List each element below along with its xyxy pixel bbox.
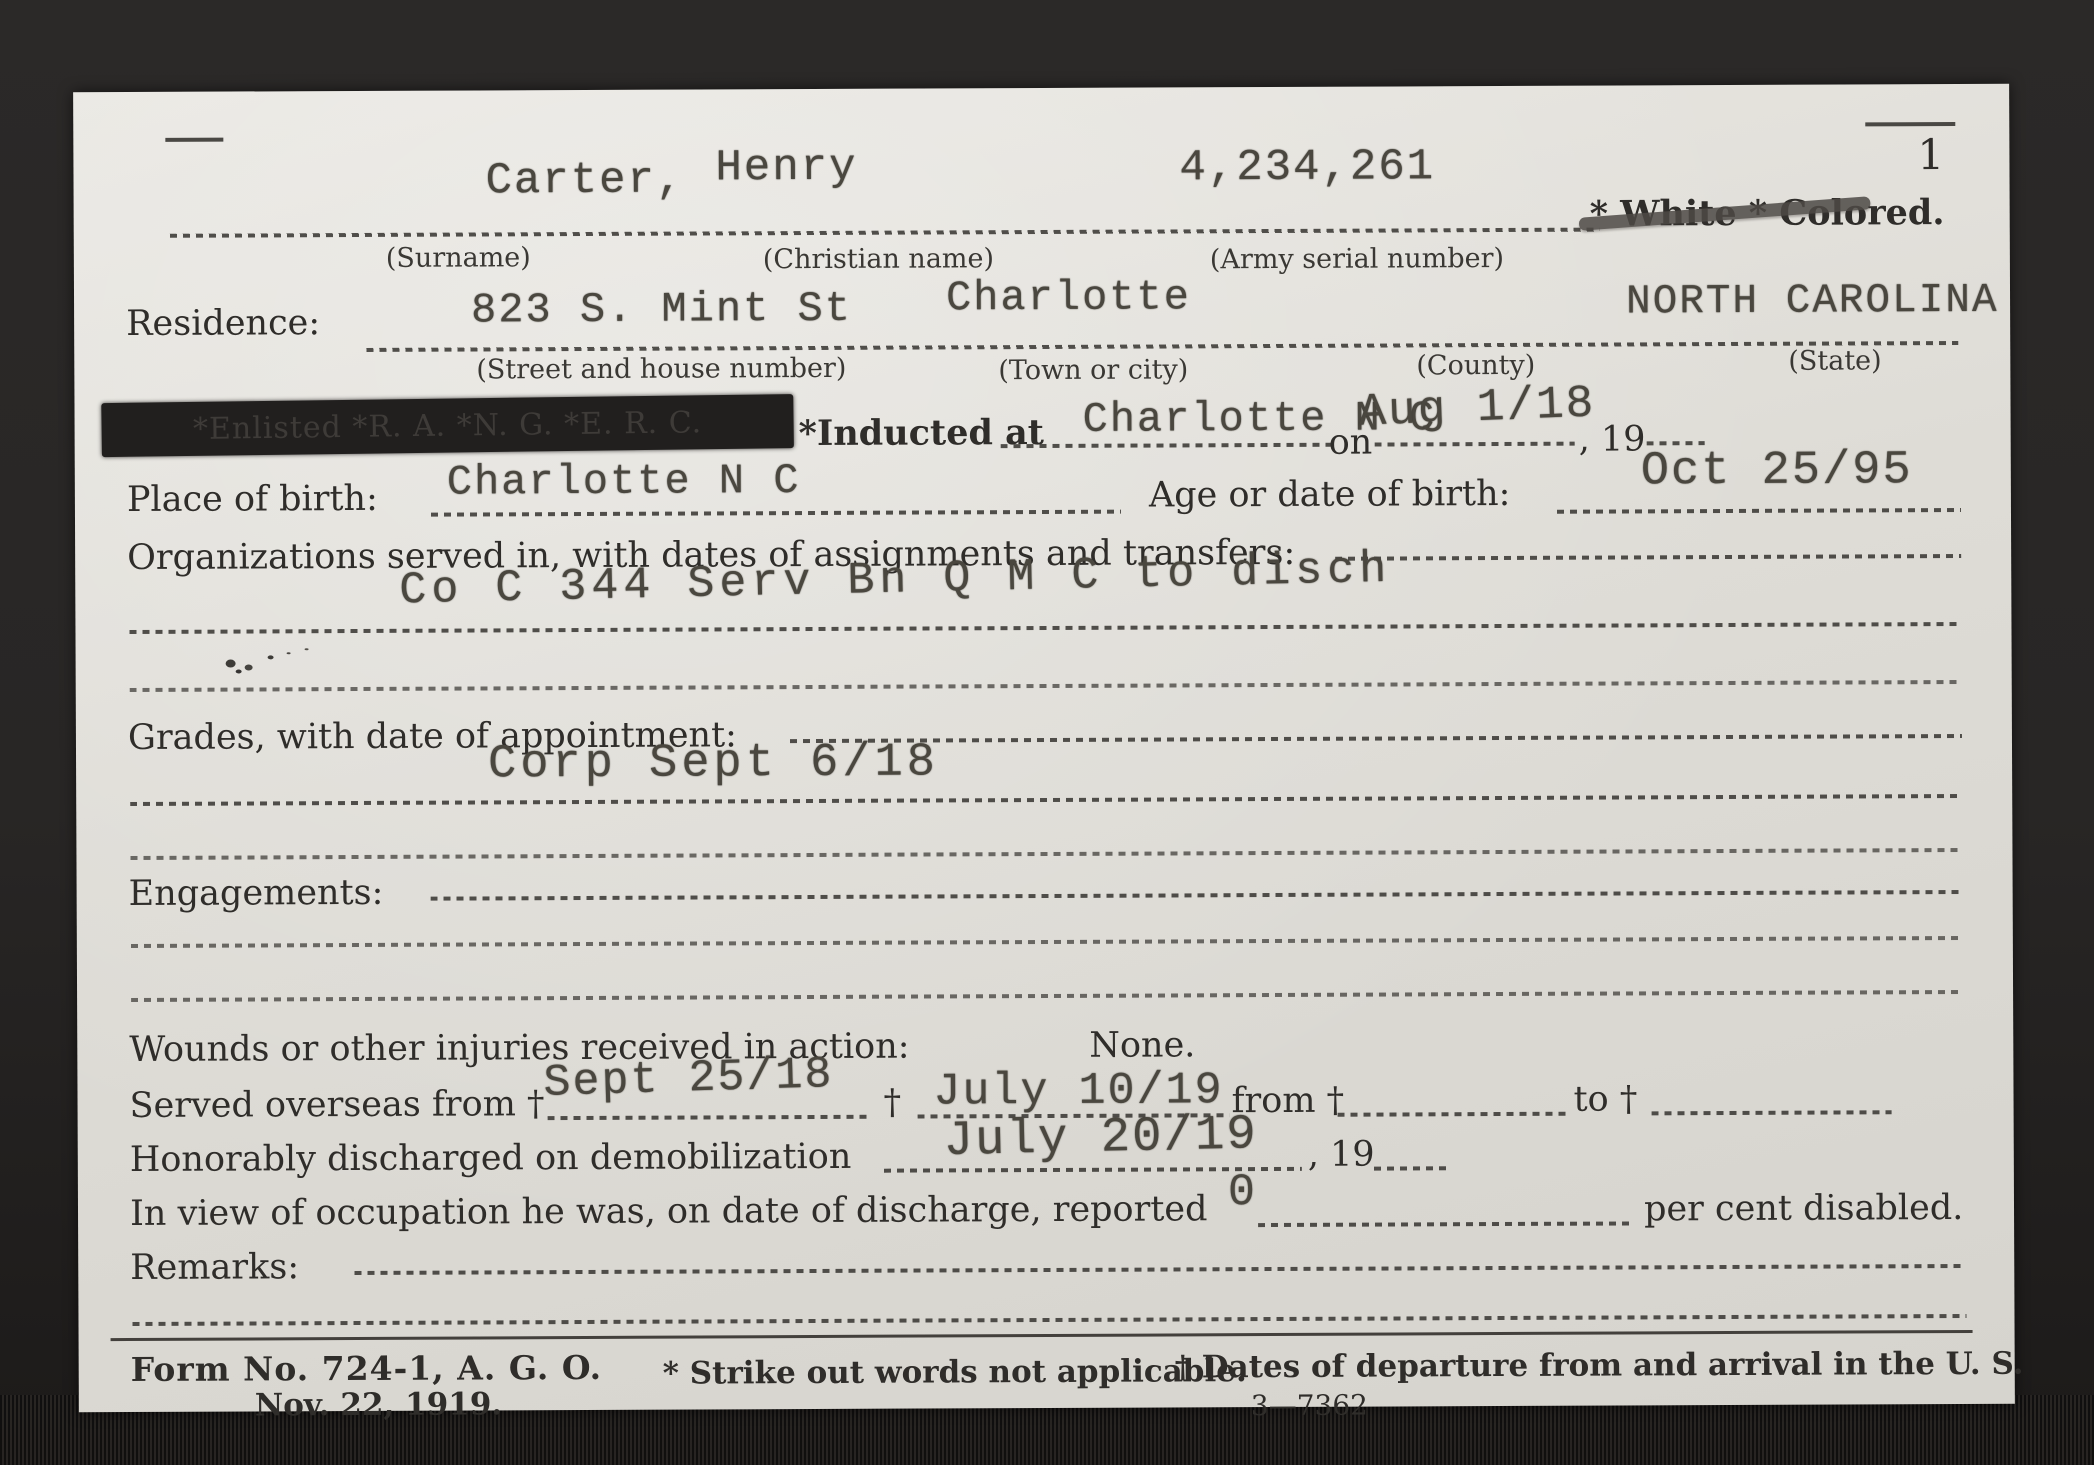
print-code: 3—7362 bbox=[1251, 1389, 1368, 1423]
residence-town-value: Charlotte bbox=[946, 273, 1191, 322]
grades-rule-3 bbox=[130, 848, 1962, 860]
top-left-tick-mark bbox=[165, 138, 223, 142]
service-record-card: 1 Carter, Henry 4,234,261 * White * Colo… bbox=[73, 84, 2015, 1412]
grades-value: Corp Sept 6/18 bbox=[488, 736, 939, 791]
organizations-rule-3 bbox=[130, 680, 1962, 692]
overseas-dagger: † bbox=[883, 1083, 901, 1123]
inducted-date-value: Aug 1/18 bbox=[1358, 377, 1597, 438]
discharge-year-label: , 19 bbox=[1308, 1135, 1375, 1175]
residence-state-value: NORTH CAROLINA bbox=[1626, 278, 1999, 326]
christian-name-label: (Christian name) bbox=[763, 243, 994, 275]
ink-smudge bbox=[226, 660, 236, 668]
form-number: Form No. 724-1, A. G. O. bbox=[131, 1348, 603, 1389]
birth-date-rule bbox=[1557, 508, 1961, 514]
serial-number-label: (Army serial number) bbox=[1210, 243, 1504, 275]
bottom-solid-rule bbox=[111, 1330, 1973, 1341]
overseas-rule-1 bbox=[548, 1115, 872, 1120]
footnote-strike: * Strike out words not applicable. bbox=[663, 1353, 1247, 1392]
residence-rule bbox=[366, 341, 1958, 352]
overseas-rule-4 bbox=[1652, 1110, 1892, 1115]
footnote-dagger: † Dates of departure from and arrival in… bbox=[1175, 1346, 2024, 1386]
surname-value: Carter, bbox=[485, 156, 684, 207]
disability-rule bbox=[1258, 1221, 1630, 1227]
town-label: (Town or city) bbox=[998, 354, 1188, 386]
residence-street-value: 823 S. Mint St bbox=[471, 285, 852, 335]
street-label: (Street and house number) bbox=[476, 353, 846, 386]
grades-rule-2 bbox=[130, 794, 1962, 806]
served-overseas-label: Served overseas from † bbox=[129, 1084, 544, 1126]
disability-label: In view of occupation he was, on date of… bbox=[130, 1189, 1208, 1234]
remarks-label: Remarks: bbox=[130, 1247, 299, 1288]
wounds-value: None. bbox=[1089, 1025, 1195, 1065]
disability-value: 0 bbox=[1228, 1167, 1257, 1218]
birth-date-value: Oct 25/95 bbox=[1641, 444, 1913, 498]
overseas-to-label: to † bbox=[1573, 1079, 1637, 1119]
engagements-label: Engagements: bbox=[129, 873, 384, 914]
engagements-rule-2 bbox=[131, 936, 1963, 948]
page-number: 1 bbox=[1917, 130, 1944, 179]
name-line-rule bbox=[170, 228, 1600, 238]
place-of-birth-value: Charlotte N C bbox=[447, 457, 801, 507]
page-number-overline bbox=[1865, 122, 1955, 126]
induction-year-label: , 19 bbox=[1579, 419, 1646, 459]
disability-suffix: per cent disabled. bbox=[1644, 1188, 1963, 1229]
serial-number-value: 4,234,261 bbox=[1179, 142, 1435, 193]
inducted-place-rule bbox=[1001, 443, 1331, 448]
christian-name-value: Henry bbox=[715, 143, 857, 194]
inducted-date-rule bbox=[1375, 442, 1575, 447]
state-label: (State) bbox=[1788, 345, 1881, 376]
engagements-rule-3 bbox=[131, 990, 1963, 1002]
residence-label: Residence: bbox=[126, 303, 320, 344]
organizations-rule-short bbox=[1335, 554, 1961, 561]
bottom-dashed-rule bbox=[132, 1314, 1966, 1326]
redaction-bar: *Enlisted *R. A. *N. G. *E. R. C. bbox=[101, 394, 794, 457]
discharge-label: Honorably discharged on demobilization bbox=[130, 1137, 852, 1180]
grades-rule-short bbox=[790, 734, 1962, 743]
remarks-rule bbox=[354, 1264, 1964, 1275]
place-of-birth-rule bbox=[431, 510, 1121, 517]
discharge-date-value: July 20/19 bbox=[943, 1106, 1258, 1169]
organizations-rule-2 bbox=[129, 622, 1961, 634]
age-label: Age or date of birth: bbox=[1149, 474, 1511, 516]
county-label: (County) bbox=[1416, 350, 1535, 382]
overseas-date1-value: Sept 25/18 bbox=[543, 1049, 834, 1109]
place-of-birth-label: Place of birth: bbox=[127, 479, 378, 520]
form-date: Nov. 22, 1919. bbox=[255, 1386, 502, 1423]
overseas-rule-3 bbox=[1338, 1112, 1568, 1117]
engagements-rule-1 bbox=[431, 890, 1963, 901]
surname-label: (Surname) bbox=[386, 242, 531, 274]
redacted-enlisted-text: *Enlisted *R. A. *N. G. *E. R. C. bbox=[193, 405, 703, 447]
discharge-rule-2 bbox=[1374, 1166, 1452, 1170]
